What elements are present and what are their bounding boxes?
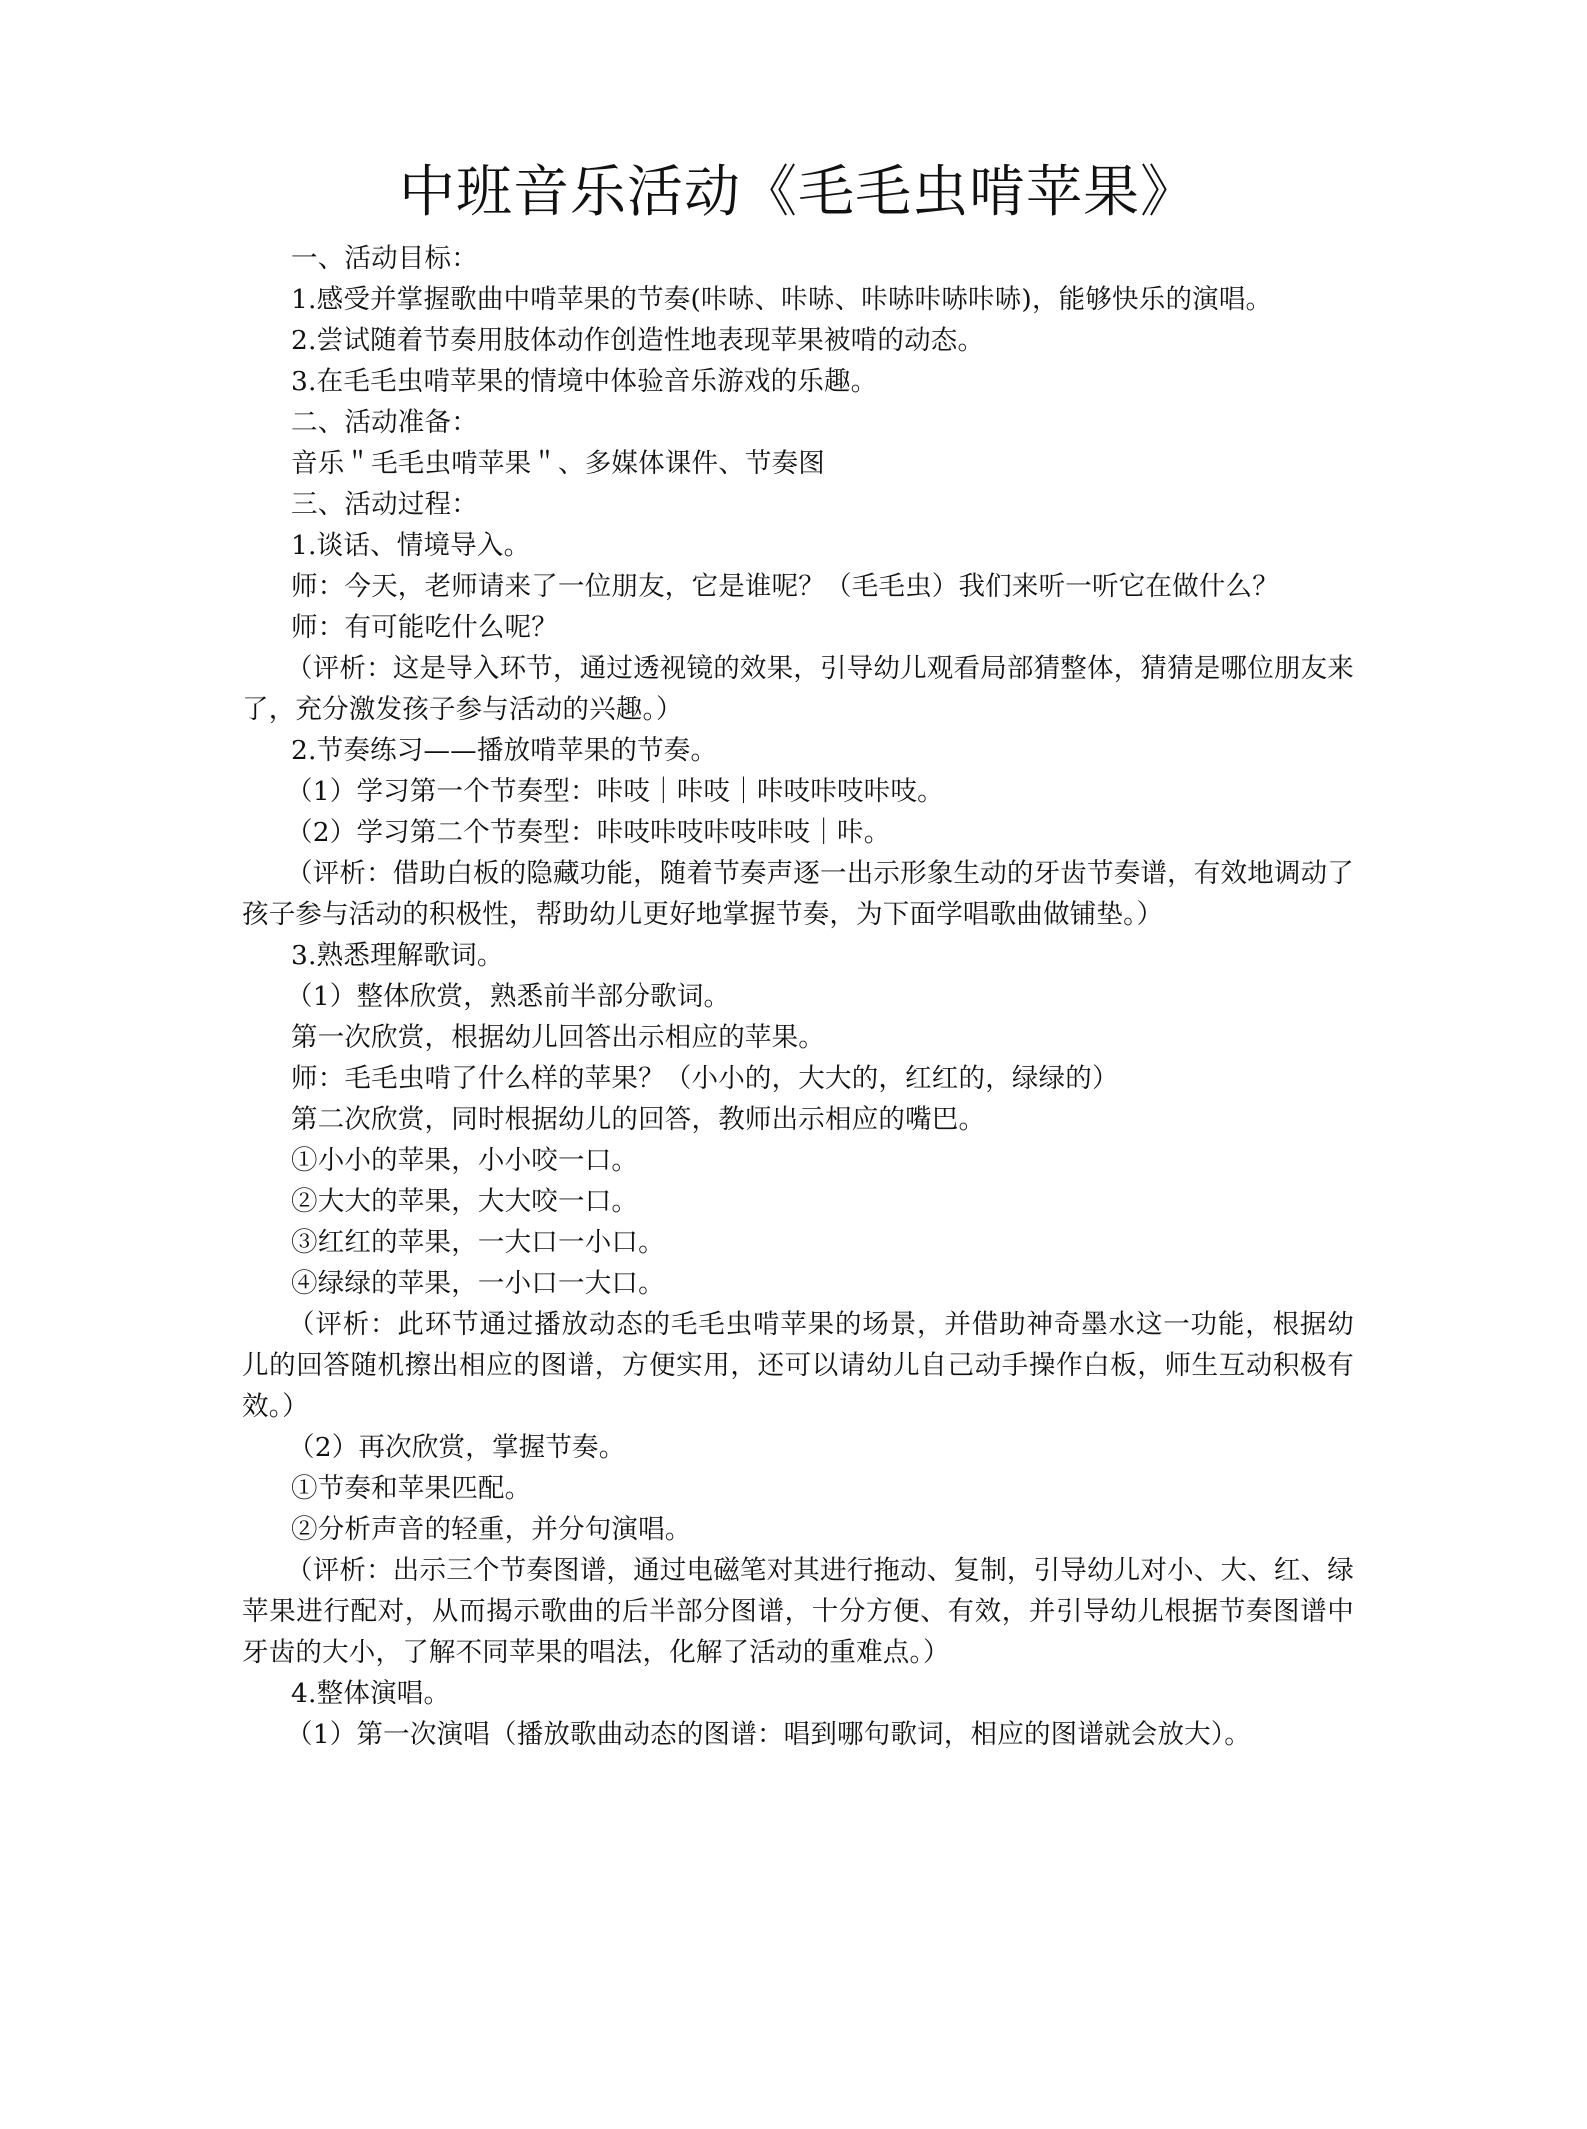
paragraph: ③红红的苹果，一大口一小口。: [242, 1222, 1354, 1263]
paragraph: 3.熟悉理解歌词。: [242, 935, 1354, 976]
document-page: 中班音乐活动《毛毛虫啃苹果》 一、活动目标：1.感受并掌握歌曲中啃苹果的节奏(咔…: [242, 0, 1354, 1755]
analysis-note: （评析：这是导入环节，通过透视镜的效果，引导幼儿观看局部猜整体，猜猜是哪位朋友来…: [242, 648, 1354, 730]
analysis-note: （评析：出示三个节奏图谱，通过电磁笔对其进行拖动、复制，引导幼儿对小、大、红、绿…: [242, 1550, 1354, 1673]
section-heading: 二、活动准备：: [242, 402, 1354, 443]
section-heading: 三、活动过程：: [242, 484, 1354, 525]
paragraph: 师：今天，老师请来了一位朋友，它是谁呢？（毛毛虫）我们来听一听它在做什么？: [242, 566, 1354, 607]
paragraph: 第二次欣赏，同时根据幼儿的回答，教师出示相应的嘴巴。: [242, 1099, 1354, 1140]
paragraph: 4.整体演唱。: [242, 1673, 1354, 1714]
paragraph: （1）整体欣赏，熟悉前半部分歌词。: [242, 976, 1354, 1017]
analysis-note: （评析：此环节通过播放动态的毛毛虫啃苹果的场景，并借助神奇墨水这一功能，根据幼儿…: [242, 1304, 1354, 1427]
paragraph: （1）第一次演唱（播放歌曲动态的图谱：唱到哪句歌词，相应的图谱就会放大）。: [242, 1714, 1354, 1755]
document-body: 一、活动目标：1.感受并掌握歌曲中啃苹果的节奏(咔哧、咔哧、咔哧咔哧咔哧)，能够…: [242, 238, 1354, 1755]
paragraph: （1）学习第一个节奏型：咔吱｜咔吱｜咔吱咔吱咔吱。: [242, 771, 1354, 812]
paragraph: 2.节奏练习——播放啃苹果的节奏。: [242, 730, 1354, 771]
paragraph: ②分析声音的轻重，并分句演唱。: [242, 1509, 1354, 1550]
analysis-note: （评析：借助白板的隐藏功能，随着节奏声逐一出示形象生动的牙齿节奏谱，有效地调动了…: [242, 853, 1354, 935]
paragraph: 音乐＂毛毛虫啃苹果＂、多媒体课件、节奏图: [242, 443, 1354, 484]
paragraph: 第一次欣赏，根据幼儿回答出示相应的苹果。: [242, 1017, 1354, 1058]
paragraph: （2）学习第二个节奏型：咔吱咔吱咔吱咔吱｜咔。: [242, 812, 1354, 853]
paragraph: 师：有可能吃什么呢？: [242, 607, 1354, 648]
section-heading: 一、活动目标：: [242, 238, 1354, 279]
paragraph: 2.尝试随着节奏用肢体动作创造性地表现苹果被啃的动态。: [242, 320, 1354, 361]
paragraph: 1.谈话、情境导入。: [242, 525, 1354, 566]
paragraph: （2）再次欣赏，掌握节奏。: [242, 1427, 1354, 1468]
paragraph: 3.在毛毛虫啃苹果的情境中体验音乐游戏的乐趣。: [242, 361, 1354, 402]
document-title: 中班音乐活动《毛毛虫啃苹果》: [242, 0, 1354, 236]
paragraph: ①节奏和苹果匹配。: [242, 1468, 1354, 1509]
paragraph: 1.感受并掌握歌曲中啃苹果的节奏(咔哧、咔哧、咔哧咔哧咔哧)，能够快乐的演唱。: [242, 279, 1354, 320]
paragraph: ②大大的苹果，大大咬一口。: [242, 1181, 1354, 1222]
paragraph: ①小小的苹果，小小咬一口。: [242, 1140, 1354, 1181]
paragraph: 师：毛毛虫啃了什么样的苹果？（小小的，大大的，红红的，绿绿的）: [242, 1058, 1354, 1099]
paragraph: ④绿绿的苹果，一小口一大口。: [242, 1263, 1354, 1304]
